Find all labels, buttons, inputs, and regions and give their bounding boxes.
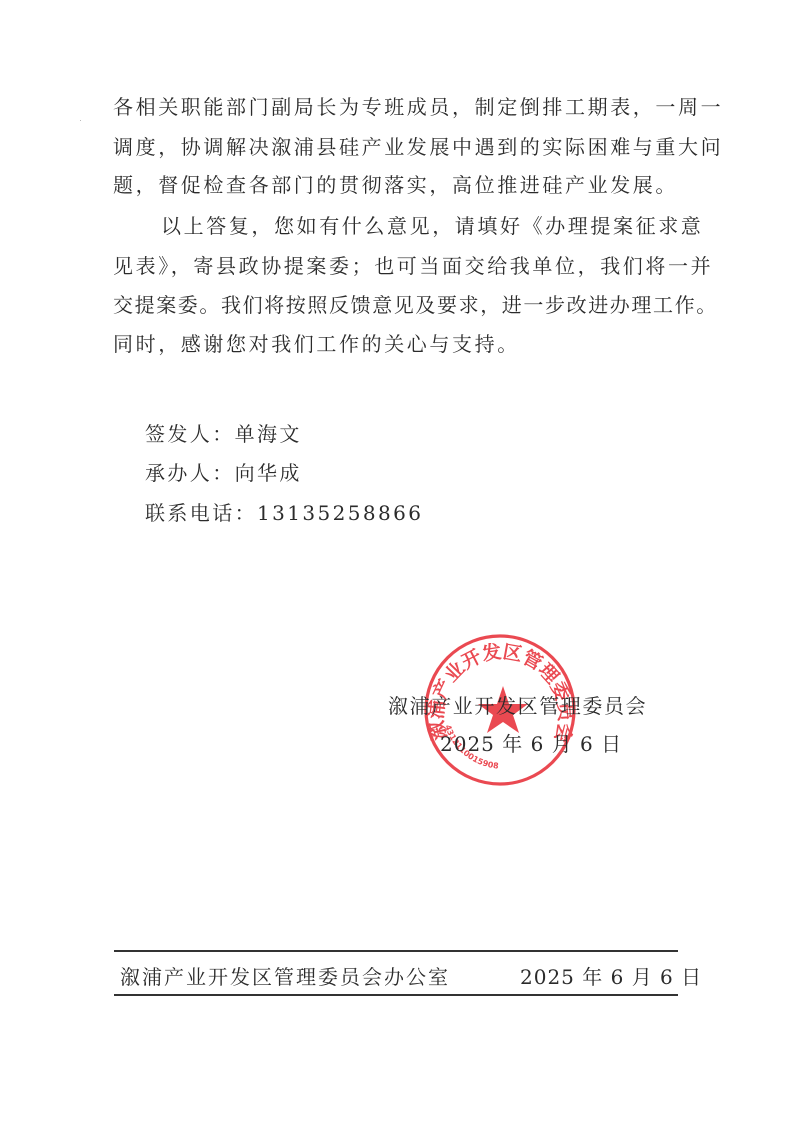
handler-line: 承办人：向华成 — [145, 461, 302, 485]
sign-off-date: 2025 年 6 月 6 日 — [440, 732, 622, 756]
footer-date: 2025 年 6 月 6 日 — [520, 965, 702, 989]
body-line: 题，督促检查各部门的贯彻落实，高位推进硅产业发展。 — [113, 173, 683, 197]
footer-issuing-office: 溆浦产业开发区管理委员会办公室 — [120, 965, 450, 989]
body-line: 同时，感谢您对我们工作的关心与支持。 — [113, 332, 683, 356]
issuer-line: 签发人：单海文 — [145, 422, 302, 446]
scan-speck — [80, 120, 81, 121]
sign-off-organization: 溆浦产业开发区管理委员会 — [388, 694, 647, 718]
footer-bottom-rule — [114, 994, 678, 996]
body-line: 见表》，寄县政协提案委；也可当面交给我单位，我们将一并 — [113, 254, 683, 278]
document-page: 各相关职能部门副局长为专班成员，制定倒排工期表，一周一 调度，协调解决溆浦县硅产… — [0, 0, 793, 1121]
body-line: 调度，协调解决溆浦县硅产业发展中遇到的实际困难与重大问 — [113, 135, 683, 159]
body-line: 交提案委。我们将按照反馈意见及要求，进一步改进办理工作。 — [113, 293, 683, 317]
body-line: 各相关职能部门副局长为专班成员，制定倒排工期表，一周一 — [113, 95, 683, 119]
body-line: 以上答复，您如有什么意见，请填好《办理提案征求意 — [161, 214, 683, 238]
footer-top-rule — [114, 950, 678, 952]
phone-line: 联系电话：13135258866 — [145, 501, 423, 525]
